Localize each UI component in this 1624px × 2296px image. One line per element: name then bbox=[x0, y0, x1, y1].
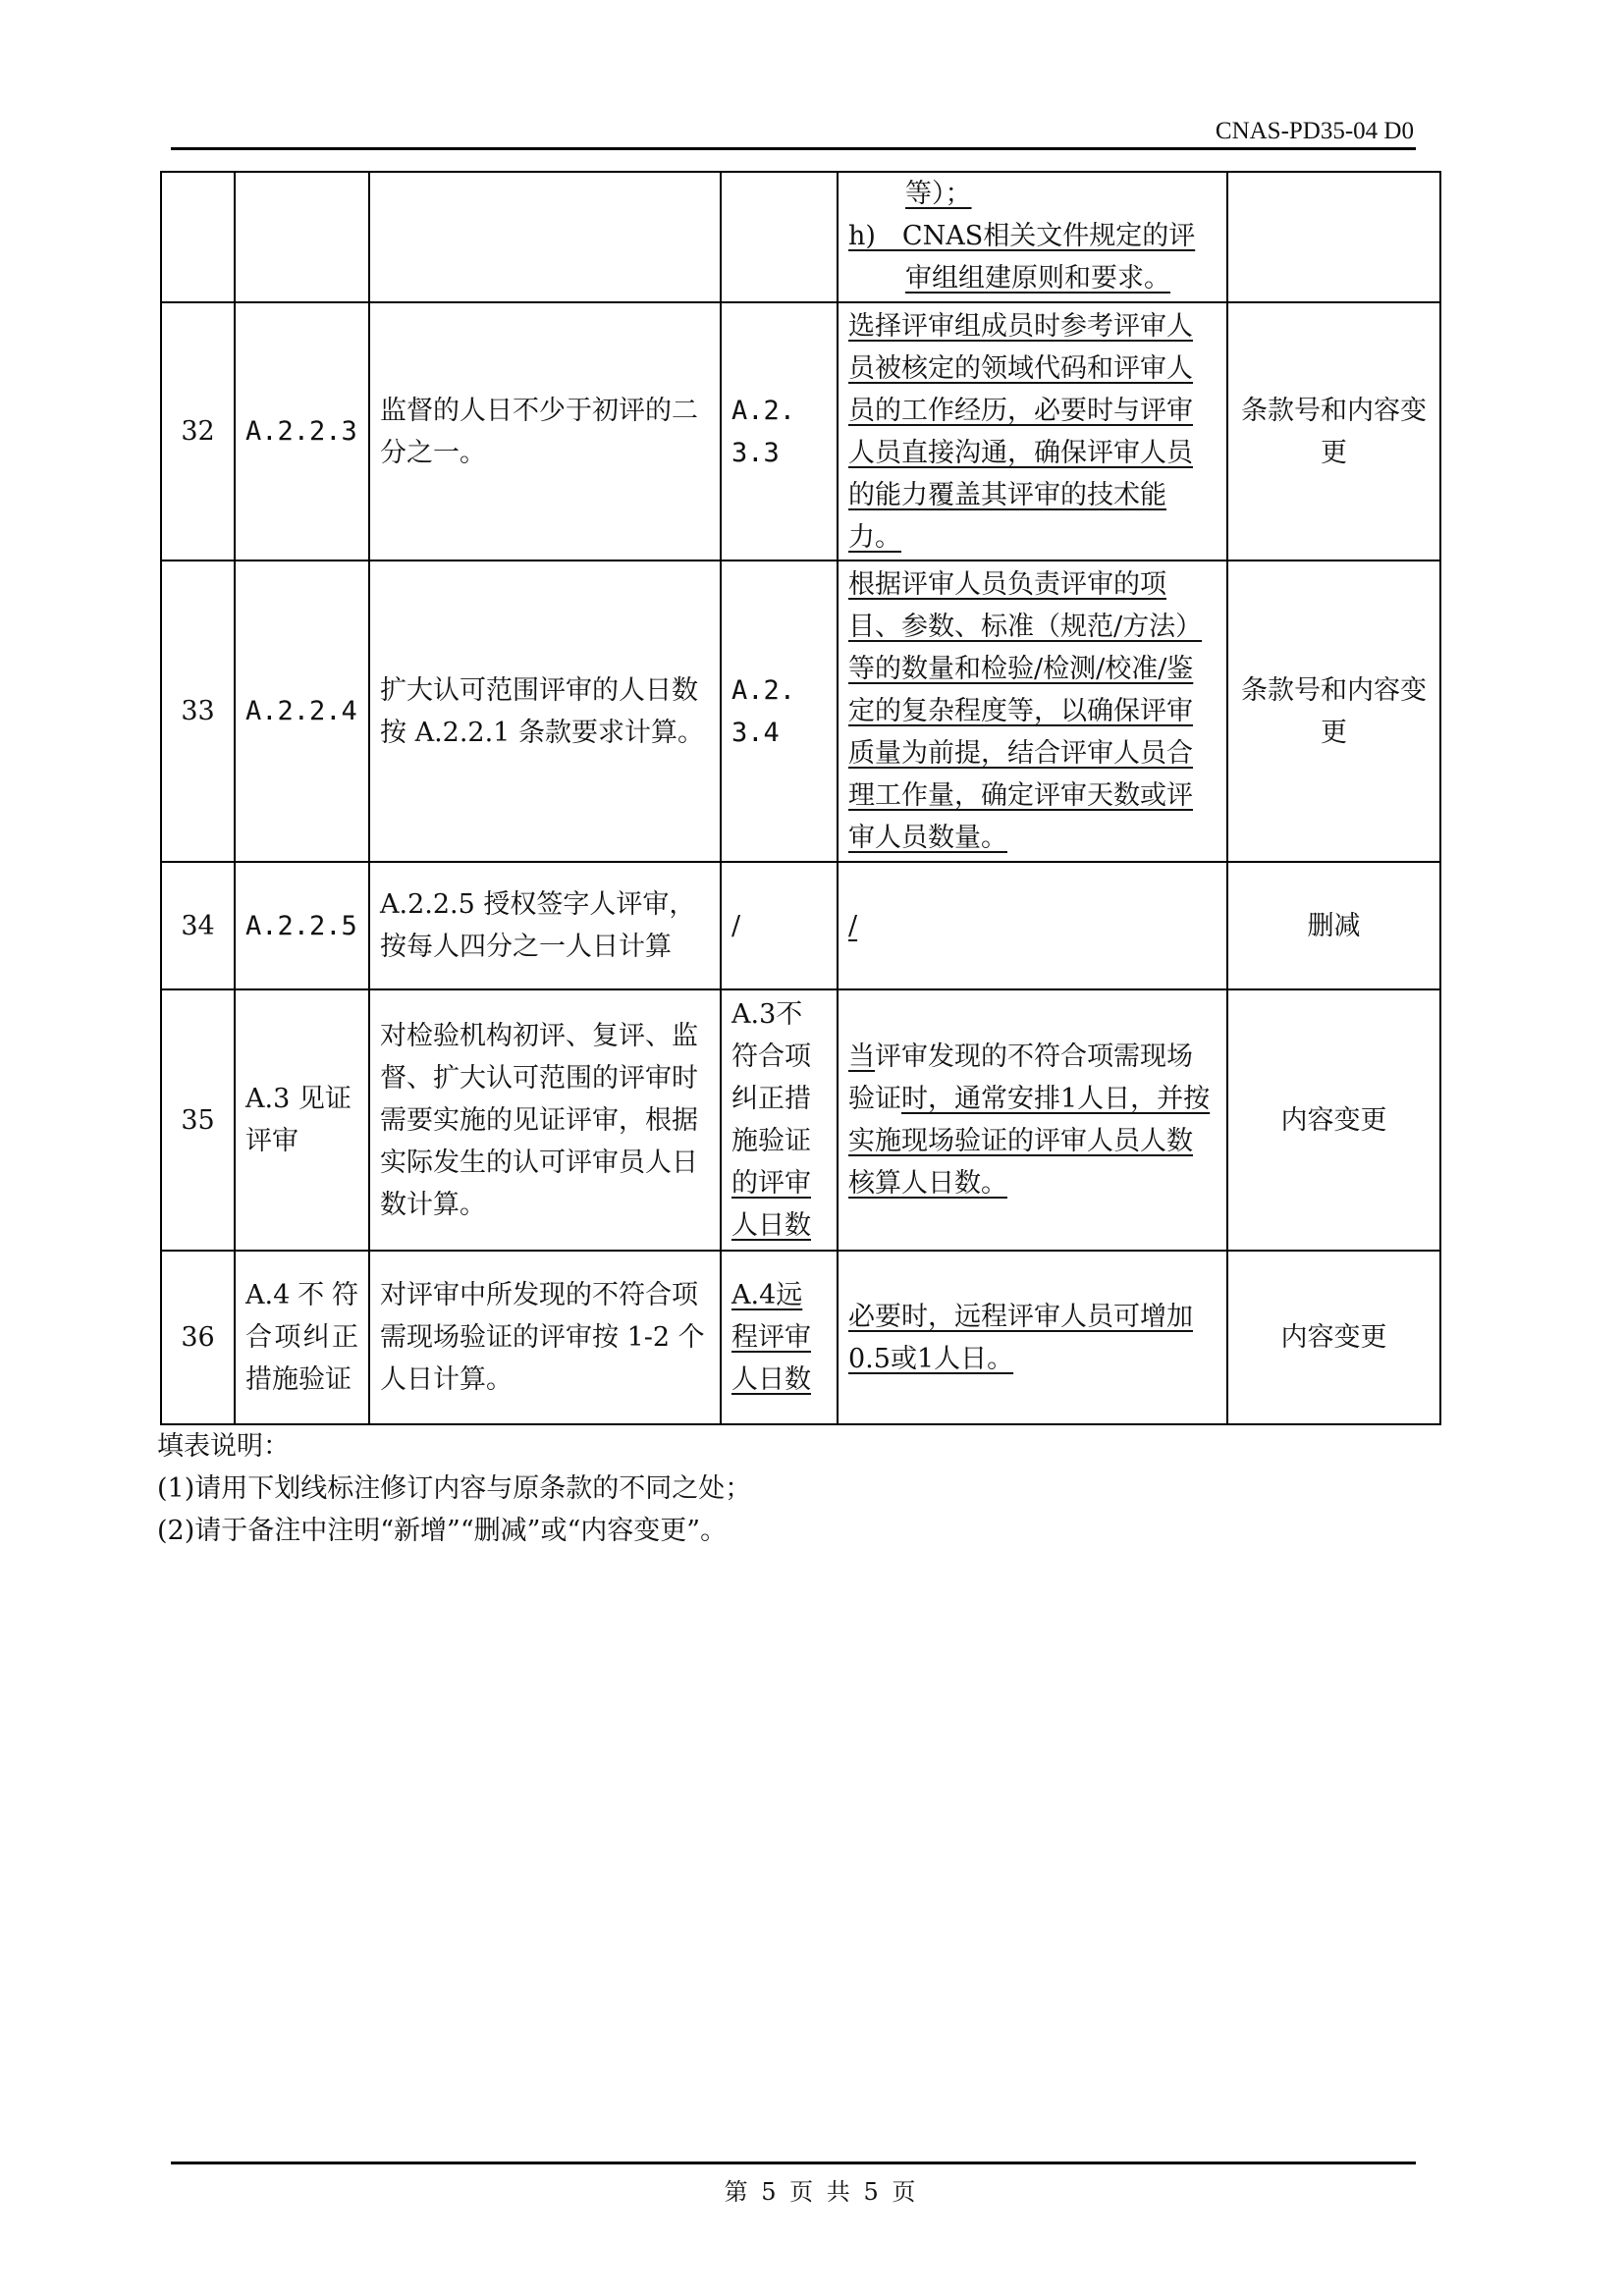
original-clause: A.4不符合项纠正措施验证 bbox=[235, 1251, 369, 1424]
original-clause bbox=[235, 172, 369, 302]
new-clause bbox=[721, 172, 838, 302]
table-row: 等）； h) CNAS相关文件规定的评 审组组建原则和要求。 bbox=[161, 172, 1440, 302]
new-clause: A.3不符合项纠正措施验证的评审人日数 bbox=[721, 989, 838, 1251]
remark: 条款号和内容变更 bbox=[1227, 302, 1440, 561]
instructions-title: 填表说明： bbox=[157, 1425, 751, 1468]
page-number: 第 5 页 共 5 页 bbox=[687, 2172, 952, 2207]
new-text-line: h) CNAS相关文件规定的评 bbox=[848, 221, 1195, 251]
table-row: 34 A.2.2.5 A.2.2.5 授权签字人评审，按每人四分之一人日计算 /… bbox=[161, 862, 1440, 989]
instruction-item: (2)请于备注中注明“新增”“删减”或“内容变更”。 bbox=[157, 1510, 751, 1552]
original-text: 对评审中所发现的不符合项需现场验证的评审按 1-2 个人日计算。 bbox=[369, 1251, 721, 1424]
new-clause: A.4远程评审人日数 bbox=[721, 1251, 838, 1424]
remark bbox=[1227, 172, 1440, 302]
footer-rule bbox=[171, 2162, 1416, 2164]
row-number: 35 bbox=[161, 989, 235, 1251]
original-text: 监督的人日不少于初评的二分之一。 bbox=[369, 302, 721, 561]
revision-table: 等）； h) CNAS相关文件规定的评 审组组建原则和要求。 32 A.2.2.… bbox=[160, 171, 1441, 1425]
new-text-line: 等）； bbox=[905, 179, 972, 209]
original-clause: A.2.2.3 bbox=[235, 302, 369, 561]
original-clause: A.2.2.4 bbox=[235, 561, 369, 862]
new-text: / bbox=[838, 862, 1227, 989]
new-text: 根据评审人员负责评审的项目、参数、标准（规范/方法）等的数量和检验/检测/校准/… bbox=[838, 561, 1227, 862]
original-text: 扩大认可范围评审的人日数按 A.2.2.1 条款要求计算。 bbox=[369, 561, 721, 862]
header-rule bbox=[171, 147, 1416, 150]
new-clause: / bbox=[721, 862, 838, 989]
row-number: 32 bbox=[161, 302, 235, 561]
original-clause: A.3 见证评审 bbox=[235, 989, 369, 1251]
row-number: 33 bbox=[161, 561, 235, 862]
new-text: 必要时，远程评审人员可增加0.5或1人日。 bbox=[838, 1251, 1227, 1424]
original-text: 对检验机构初评、复评、监督、扩大认可范围的评审时需要实施的见证评审，根据实际发生… bbox=[369, 989, 721, 1251]
remark: 条款号和内容变更 bbox=[1227, 561, 1440, 862]
new-text: 选择评审组成员时参考评审人员被核定的领域代码和评审人员的工作经历，必要时与评审人… bbox=[838, 302, 1227, 561]
table-row: 36 A.4不符合项纠正措施验证 对评审中所发现的不符合项需现场验证的评审按 1… bbox=[161, 1251, 1440, 1424]
new-text: 当评审发现的不符合项需现场验证时，通常安排1人日，并按实施现场验证的评审人员人数… bbox=[838, 989, 1227, 1251]
new-clause: A.2.3.3 bbox=[721, 302, 838, 561]
new-clause: A.2.3.4 bbox=[721, 561, 838, 862]
remark: 删减 bbox=[1227, 862, 1440, 989]
row-number: 34 bbox=[161, 862, 235, 989]
instruction-item: (1)请用下划线标注修订内容与原条款的不同之处； bbox=[157, 1468, 751, 1510]
original-clause: A.2.2.5 bbox=[235, 862, 369, 989]
form-instructions: 填表说明： (1)请用下划线标注修订内容与原条款的不同之处； (2)请于备注中注… bbox=[157, 1425, 751, 1552]
original-text bbox=[369, 172, 721, 302]
table-row: 35 A.3 见证评审 对检验机构初评、复评、监督、扩大认可范围的评审时需要实施… bbox=[161, 989, 1440, 1251]
table-row: 32 A.2.2.3 监督的人日不少于初评的二分之一。 A.2.3.3 选择评审… bbox=[161, 302, 1440, 561]
document-code: CNAS-PD35-04 D0 bbox=[1110, 118, 1414, 145]
original-text: A.2.2.5 授权签字人评审，按每人四分之一人日计算 bbox=[369, 862, 721, 989]
new-text: 等）； h) CNAS相关文件规定的评 审组组建原则和要求。 bbox=[838, 172, 1227, 302]
remark: 内容变更 bbox=[1227, 989, 1440, 1251]
table-row: 33 A.2.2.4 扩大认可范围评审的人日数按 A.2.2.1 条款要求计算。… bbox=[161, 561, 1440, 862]
row-number bbox=[161, 172, 235, 302]
row-number: 36 bbox=[161, 1251, 235, 1424]
new-text-line: 审组组建原则和要求。 bbox=[905, 263, 1170, 294]
remark: 内容变更 bbox=[1227, 1251, 1440, 1424]
